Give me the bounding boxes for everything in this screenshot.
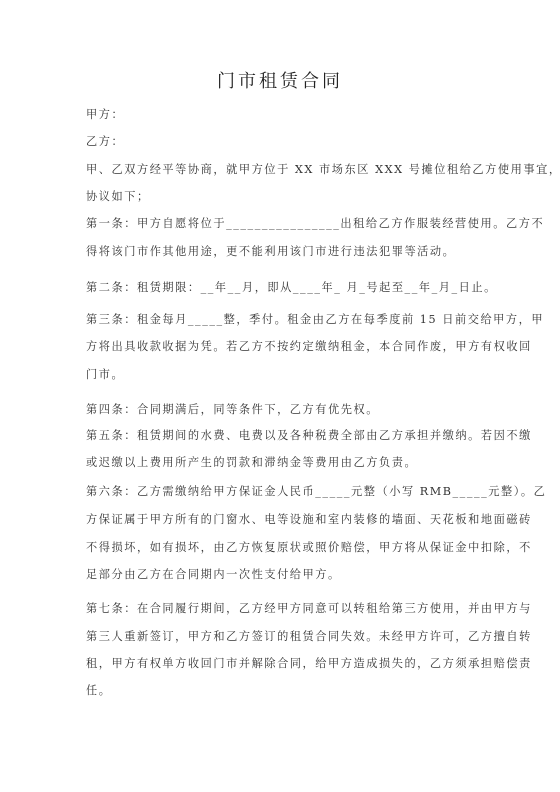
article-5-line-1: 第五条：租赁期间的水费、电费以及各种税费全部由乙方承担并缴纳。若因不缴 (86, 428, 478, 444)
party-b-line: 乙方： (86, 134, 478, 150)
article-1-line-1: 第一条：甲方自愿将位于________________出租给乙方作服装经营使用。… (86, 216, 478, 232)
article-6-line-2: 方保证属于甲方所有的门窗水、电等设施和室内装修的墙面、天花板和地面磁砖 (86, 512, 478, 528)
party-a-line: 甲方： (86, 107, 478, 123)
article-3-line-3: 门市。 (86, 367, 478, 383)
article-1-line-2: 得将该门市作其他用途，更不能利用该门市进行违法犯罪等活动。 (86, 244, 478, 260)
article-2-line-1: 第二条：租赁期限：__年__月，即从____年_ 月_号起至__年_月_日止。 (86, 280, 478, 296)
document-page: 门市租赁合同 甲方： 乙方： 甲、乙双方经平等协商，就甲方位于 XX 市场东区 … (0, 0, 560, 792)
article-7-line-3: 租，甲方有权单方收回门市并解除合同，给甲方造成损失的，乙方须承担赔偿责 (86, 656, 478, 672)
article-7-line-1: 第七条：在合同履行期间，乙方经甲方同意可以转租给第三方使用，并由甲方与 (86, 601, 478, 617)
article-3-line-2: 方将出具收款收据为凭。若乙方不按约定缴纳租金，本合同作废，甲方有权收回 (86, 339, 478, 355)
article-7-line-4: 任。 (86, 683, 478, 699)
article-6-line-3: 不得损坏，如有损坏，由乙方恢复原状或照价赔偿，甲方将从保证金中扣除，不 (86, 540, 478, 556)
article-6-line-1: 第六条：乙方需缴纳给甲方保证金人民币_____元整（小写 RMB_____元整）… (86, 484, 478, 500)
document-title: 门市租赁合同 (0, 70, 560, 94)
article-7-line-2: 第三人重新签订，甲方和乙方签订的租赁合同失效。未经甲方许可，乙方擅自转 (86, 629, 478, 645)
article-6-line-4: 足部分由乙方在合同期内一次性支付给甲方。 (86, 567, 478, 583)
preamble-line-1: 甲、乙双方经平等协商，就甲方位于 XX 市场东区 XXX 号摊位租给乙方使用事宜… (86, 162, 478, 178)
article-5-line-2: 或迟缴以上费用所产生的罚款和滞纳金等费用由乙方负责。 (86, 455, 478, 471)
article-3-line-1: 第三条：租金每月_____整，季付。租金由乙方在每季度前 15 日前交给甲方，甲 (86, 312, 478, 328)
preamble-line-2: 协议如下； (86, 189, 478, 205)
article-4-line-1: 第四条：合同期满后，同等条件下，乙方有优先权。 (86, 402, 478, 418)
